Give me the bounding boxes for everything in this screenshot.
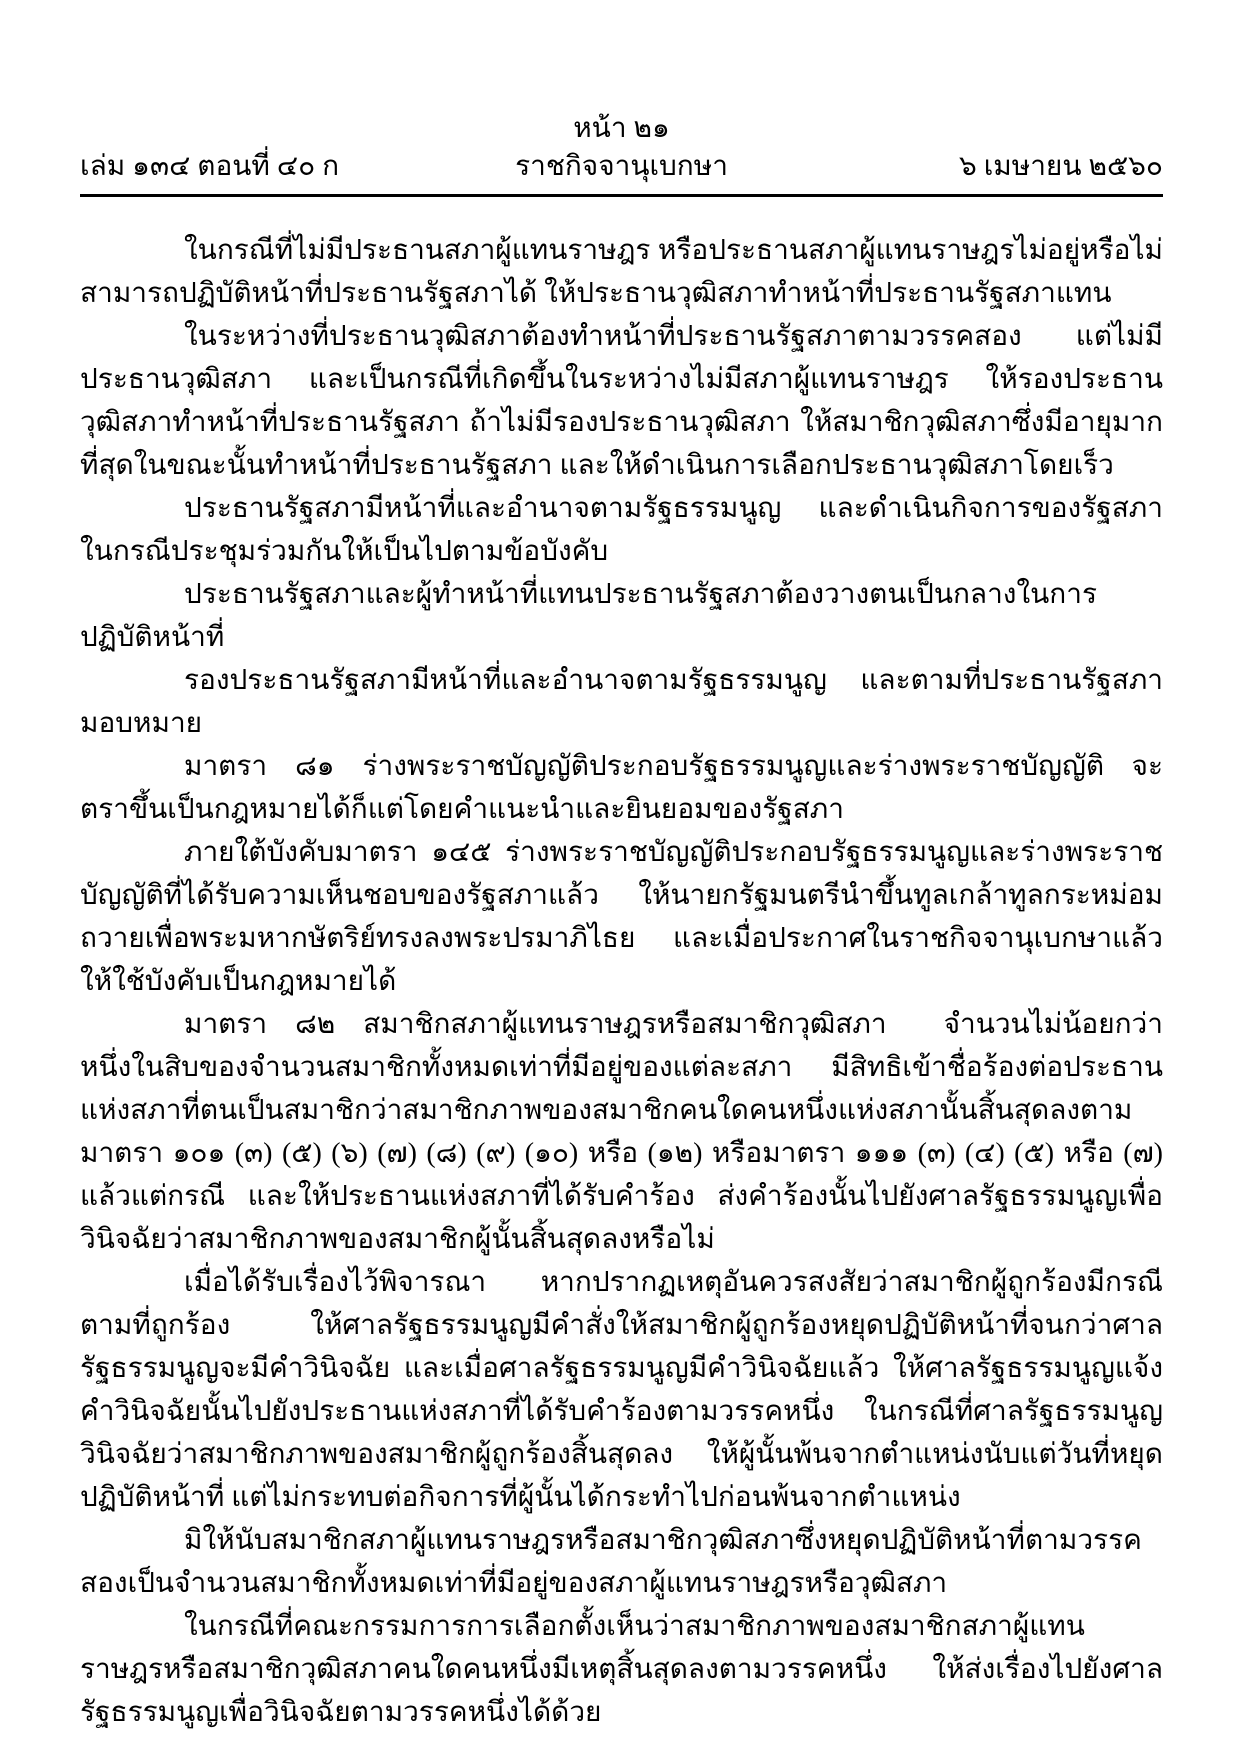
paragraph: มาตรา ๘๒ สมาชิกสภาผู้แทนราษฎรหรือสมาชิกว… bbox=[80, 1003, 1163, 1261]
paragraph: ในระหว่างที่ประธานวุฒิสภาต้องทำหน้าที่ปร… bbox=[80, 315, 1163, 487]
document-body: ในกรณีที่ไม่มีประธานสภาผู้แทนราษฎร หรือป… bbox=[80, 229, 1163, 1734]
page-number: หน้า ๒๑ bbox=[80, 112, 1163, 146]
page-content: หน้า ๒๑ เล่ม ๑๓๔ ตอนที่ ๔๐ ก ราชกิจจานุเ… bbox=[80, 112, 1163, 1734]
header-rule bbox=[80, 194, 1163, 197]
paragraph: มิให้นับสมาชิกสภาผู้แทนราษฎรหรือสมาชิกวุ… bbox=[80, 1519, 1163, 1605]
gazette-page: หน้า ๒๑ เล่ม ๑๓๔ ตอนที่ ๔๐ ก ราชกิจจานุเ… bbox=[0, 0, 1240, 1754]
paragraph: ในกรณีที่ไม่มีประธานสภาผู้แทนราษฎร หรือป… bbox=[80, 229, 1163, 315]
paragraph: ประธานรัฐสภามีหน้าที่และอำนาจตามรัฐธรรมน… bbox=[80, 487, 1163, 573]
paragraph: รองประธานรัฐสภามีหน้าที่และอำนาจตามรัฐธร… bbox=[80, 659, 1163, 745]
header-row: เล่ม ๑๓๔ ตอนที่ ๔๐ ก ราชกิจจานุเบกษา ๖ เ… bbox=[80, 150, 1163, 184]
page-header: หน้า ๒๑ เล่ม ๑๓๔ ตอนที่ ๔๐ ก ราชกิจจานุเ… bbox=[80, 112, 1163, 197]
paragraph: เมื่อได้รับเรื่องไว้พิจารณา หากปรากฏเหตุ… bbox=[80, 1261, 1163, 1519]
issue-date: ๖ เมษายน ๒๕๖๐ bbox=[959, 150, 1163, 184]
paragraph: ประธานรัฐสภาและผู้ทำหน้าที่แทนประธานรัฐส… bbox=[80, 573, 1163, 659]
volume-part-label: เล่ม ๑๓๔ ตอนที่ ๔๐ ก bbox=[80, 150, 339, 184]
paragraph: มาตรา ๘๑ ร่างพระราชบัญญัติประกอบรัฐธรรมน… bbox=[80, 745, 1163, 831]
paragraph: ภายใต้บังคับมาตรา ๑๔๕ ร่างพระราชบัญญัติป… bbox=[80, 831, 1163, 1003]
paragraph: ในกรณีที่คณะกรรมการการเลือกตั้งเห็นว่าสม… bbox=[80, 1605, 1163, 1734]
